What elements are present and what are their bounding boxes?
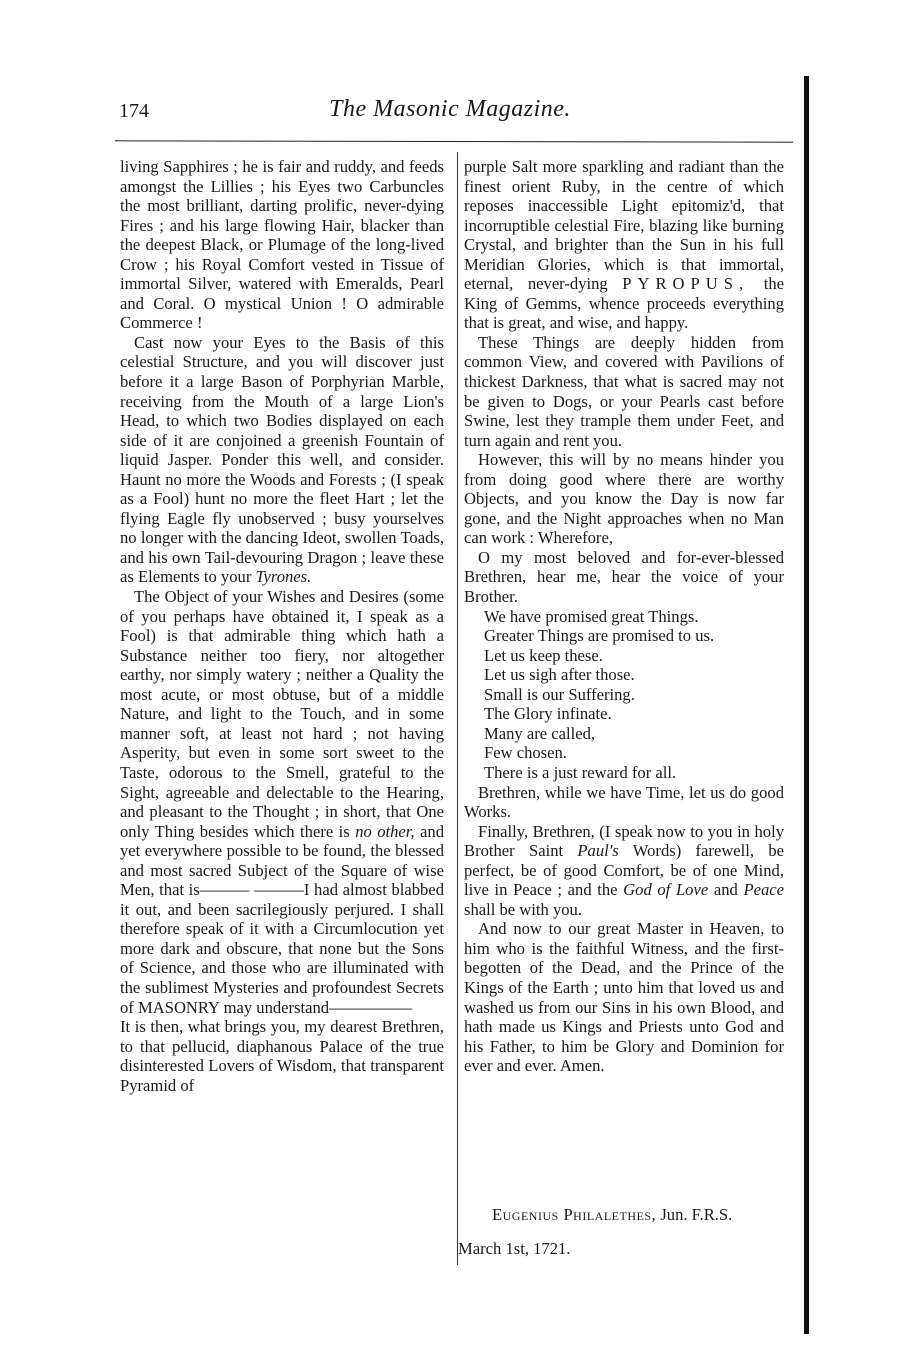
- verse-line: We have promised great Things.: [464, 607, 784, 627]
- left-column: living Sapphires ; he is fair and ruddy,…: [120, 157, 444, 1095]
- right-column: purple Salt more sparkling and radiant t…: [464, 157, 784, 1076]
- paragraph-text: The Object of your Wishes and Desires (s…: [120, 587, 444, 841]
- header-rule: [115, 140, 793, 142]
- italic-text: Paul's: [577, 841, 618, 860]
- verse-line: There is a just reward for all.: [464, 763, 784, 783]
- verse-line: The Glory infinate.: [464, 704, 784, 724]
- verse-line: Greater Things are promised to us.: [464, 626, 784, 646]
- signature: Eugenius Philalethes, Jun. F.R.S.: [492, 1205, 732, 1225]
- page-edge-bar: [804, 76, 809, 1334]
- verse-line: Let us keep these.: [464, 646, 784, 666]
- verse-line: Many are called,: [464, 724, 784, 744]
- italic-text: Tyrones.: [256, 567, 312, 586]
- verse-block: We have promised great Things. Greater T…: [464, 607, 784, 783]
- paragraph: However, this will by no means hinder yo…: [464, 450, 784, 548]
- paragraph: These Things are deeply hidden from comm…: [464, 333, 784, 450]
- paragraph-text: and: [714, 880, 738, 899]
- paragraph-text: purple Salt more sparkling and radiant t…: [464, 157, 784, 293]
- paragraph-text: and yet everywhere possible to be found,…: [120, 822, 444, 1017]
- paragraph: purple Salt more sparkling and radiant t…: [464, 157, 784, 333]
- verse-line: Small is our Suffering.: [464, 685, 784, 705]
- paragraph-text: shall be with you.: [464, 900, 582, 919]
- paragraph: It is then, what brings you, my dearest …: [120, 1017, 444, 1095]
- column-divider: [457, 152, 458, 1265]
- paragraph: Finally, Brethren, (I speak now to you i…: [464, 822, 784, 920]
- paragraph: The Object of your Wishes and Desires (s…: [120, 587, 444, 1017]
- author-name: Eugenius Philalethes,: [492, 1205, 656, 1224]
- paragraph: Cast now your Eyes to the Basis of this …: [120, 333, 444, 587]
- italic-text: God of Love: [623, 880, 708, 899]
- running-title: The Masonic Magazine.: [0, 96, 900, 123]
- paragraph: Brethren, while we have Time, let us do …: [464, 783, 784, 822]
- author-suffix: Jun. F.R.S.: [660, 1205, 732, 1224]
- date-line: March 1st, 1721.: [458, 1239, 570, 1259]
- paragraph: And now to our great Master in Heaven, t…: [464, 919, 784, 1075]
- verse-line: Few chosen.: [464, 743, 784, 763]
- paragraph: living Sapphires ; he is fair and ruddy,…: [120, 157, 444, 333]
- verse-line: Let us sigh after those.: [464, 665, 784, 685]
- spaced-text: PYROPUS,: [622, 274, 749, 293]
- paragraph: O my most beloved and for-ever-blessed B…: [464, 548, 784, 607]
- italic-text: no other,: [355, 822, 414, 841]
- italic-text: Peace: [743, 880, 784, 899]
- paragraph-text: Cast now your Eyes to the Basis of this …: [120, 333, 444, 587]
